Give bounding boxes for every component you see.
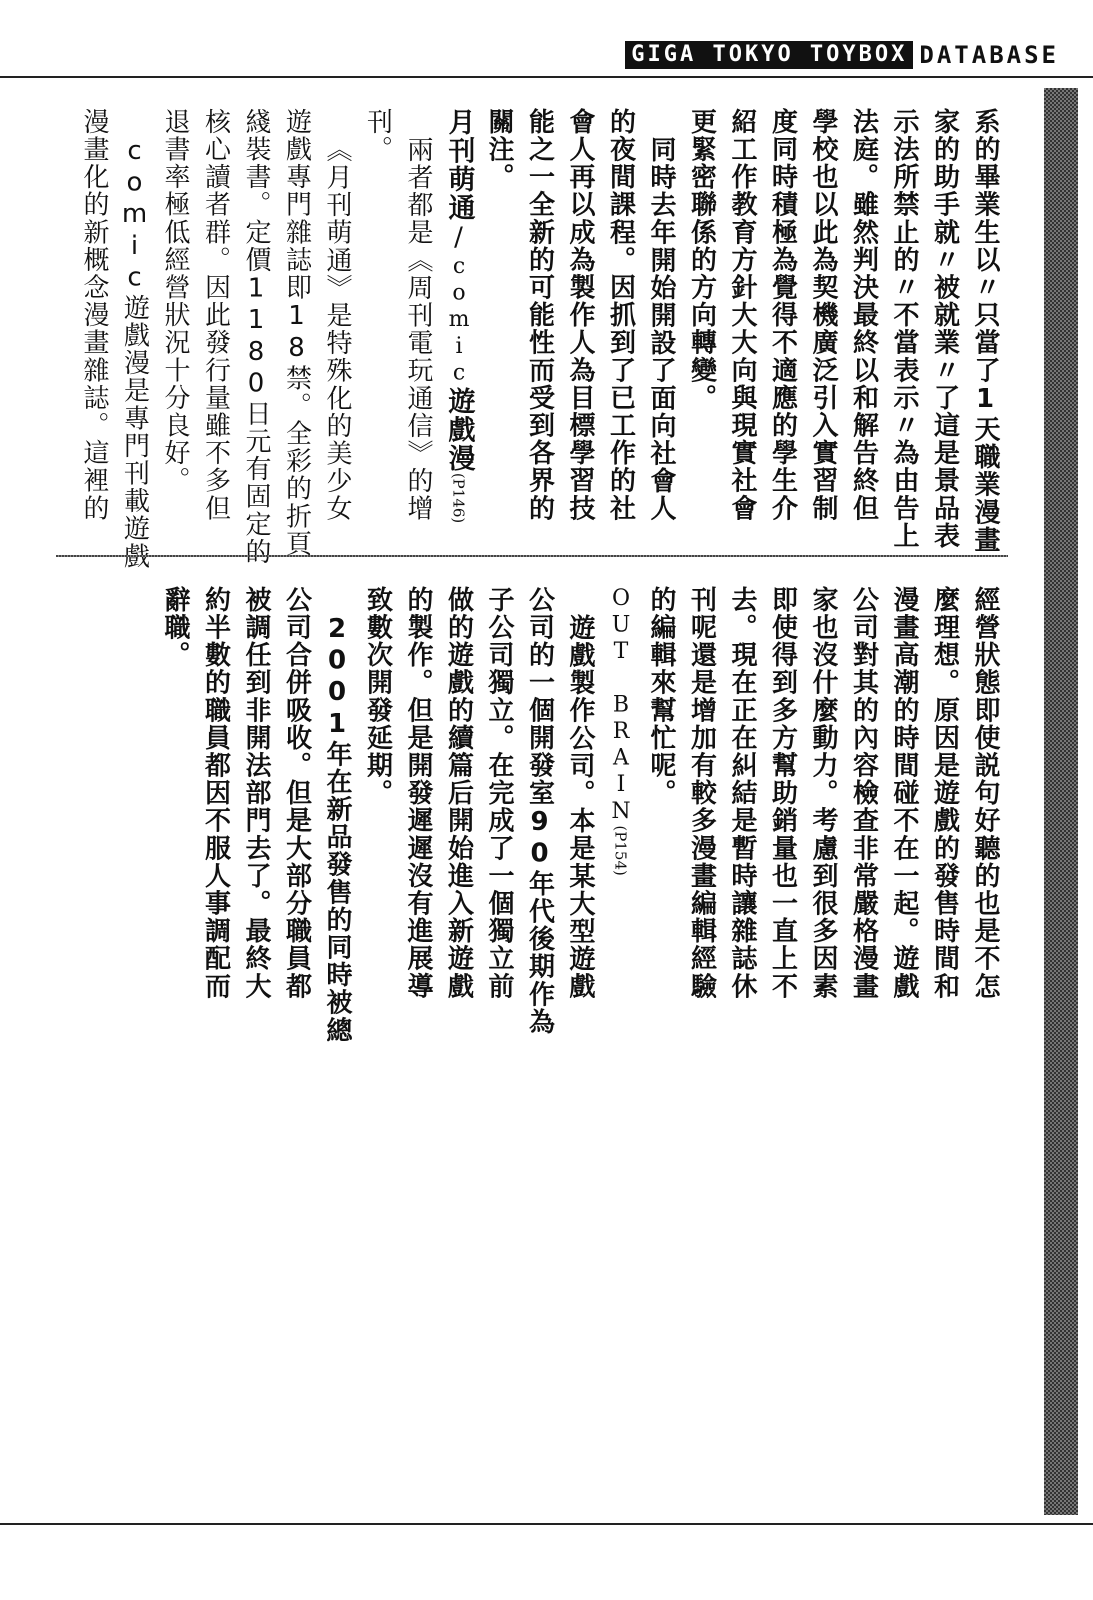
text-column: 法庭。雖然判決最終以和解告終但 [843,108,884,518]
page-reference: (P154) [612,825,630,875]
side-thumb-tab [1044,88,1078,1515]
text-column: 更緊密聯係的方向轉變。 [681,108,722,518]
text-column: 公司對其的內容檢查非常嚴格漫畫 [843,586,884,996]
series-title: GIGA TOKYO TOYBOX [625,41,913,69]
text-column: 被調任到非開法部門去了。最終大 [236,586,277,996]
text-column: 經營狀態即使説句好聽的也是不怎 [965,586,1006,996]
text-column: 刊。 [357,108,398,518]
entry-term-2: 遊戲漫 [444,387,475,473]
text-column: 的夜間課程。因抓到了已工作的社 [600,108,641,518]
text-column: 家也沒什麼動力。考慮到很多因素 [803,586,844,996]
text-column: 系的畢業生以〃只當了1天職業漫畫 [965,108,1006,518]
text-column: 漫畫高潮的時間碰不在一起。遊戲 [884,586,925,996]
text-column: 麼理想。原因是遊戲的發售時間和 [924,586,965,996]
text-column: 辭職。 [155,586,196,996]
text-column: 的製作。但是開發遲遲沒有進展導 [398,586,439,996]
text-column: 漫畫化的新概念漫畫雜誌。這裡的 [74,108,115,518]
text-column: 綫裝書。定價1180日元有固定的 [236,108,277,518]
page-header: GIGA TOKYO TOYBOX DATABASE [625,40,1059,70]
text-column: 刊呢還是增加有較多漫畫編輯經驗 [681,586,722,996]
text-column: 公司合併吸收。但是大部分職員都 [276,586,317,996]
text-column: 核心讀者群。因此發行量雖不多但 [195,108,236,518]
section-divider [56,555,1008,557]
text-column: 關注。 [479,108,520,518]
text-column: comic遊戲漫是專門刊載遊戲 [114,108,155,518]
text-column: 做的遊戲的續篇后開始進入新遊戲 [438,586,479,996]
section-title: DATABASE [919,42,1059,68]
text-column: 致數次開發延期。 [357,586,398,996]
text-column: 示法所禁止的〃不當表示〃為由告上 [884,108,925,518]
text-column: 子公司獨立。在完成了一個獨立前 [479,586,520,996]
entry-separator: / [444,222,474,254]
text-column: 的編輯來幫忙呢。 [641,586,682,996]
text-column: 約半數的職員都因不服人事調配而 [195,586,236,996]
entry-term: 月刊萌通 [444,108,475,222]
text-column: 學校也以此為契機廣泛引入實習制 [803,108,844,518]
text-column: 退書率極低經營狀況十分良好。 [155,108,196,518]
footer-rule [0,1523,1093,1525]
text-column: 去。現在正在糾結是暫時讓雜誌休 [722,586,763,996]
entry-term: OUT BRAIN [609,586,634,825]
header-rule [0,76,1093,78]
text-column: 度同時積極為覺得不適應的學生介 [762,108,803,518]
text-column: 能之一全新的可能性而受到各界的 [519,108,560,518]
text-column: 公司的一個開發室90年代後期作為 [519,586,560,996]
page-reference: (P146) [450,473,468,523]
text-column: 兩者都是《周刊電玩通信》的增 [398,108,439,518]
entry-latin: comic [447,254,472,387]
text-column: 會人再以成為製作人為目標學習技 [560,108,601,518]
text-column: 家的助手就〃被就業〃了這是景品表 [924,108,965,518]
text-column: 《月刊萌通》是特殊化的美少女 [317,108,358,518]
text-column: 遊戲製作公司。本是某大型遊戲 [560,586,601,996]
text-block-bottom: 經營狀態即使説句好聽的也是不怎 麼理想。原因是遊戲的發售時間和 漫畫高潮的時間碰… [155,586,1006,996]
entry-heading-moetsu: 月刊萌通/comic遊戲漫(P146) [438,108,479,518]
text-column: 同時去年開始開設了面向社會人 [641,108,682,518]
text-column: 遊戲專門雜誌即18禁。全彩的折頁 [276,108,317,518]
text-column: 2001年在新品發售的同時被總 [317,586,358,996]
entry-heading-outbrain: OUT BRAIN(P154) [600,586,641,996]
text-column: 紹工作教育方針大大向與現實社會 [722,108,763,518]
text-column: 即使得到多方幫助銷量也一直上不 [762,586,803,996]
text-block-top: 系的畢業生以〃只當了1天職業漫畫 家的助手就〃被就業〃了這是景品表 示法所禁止的… [74,108,1006,518]
